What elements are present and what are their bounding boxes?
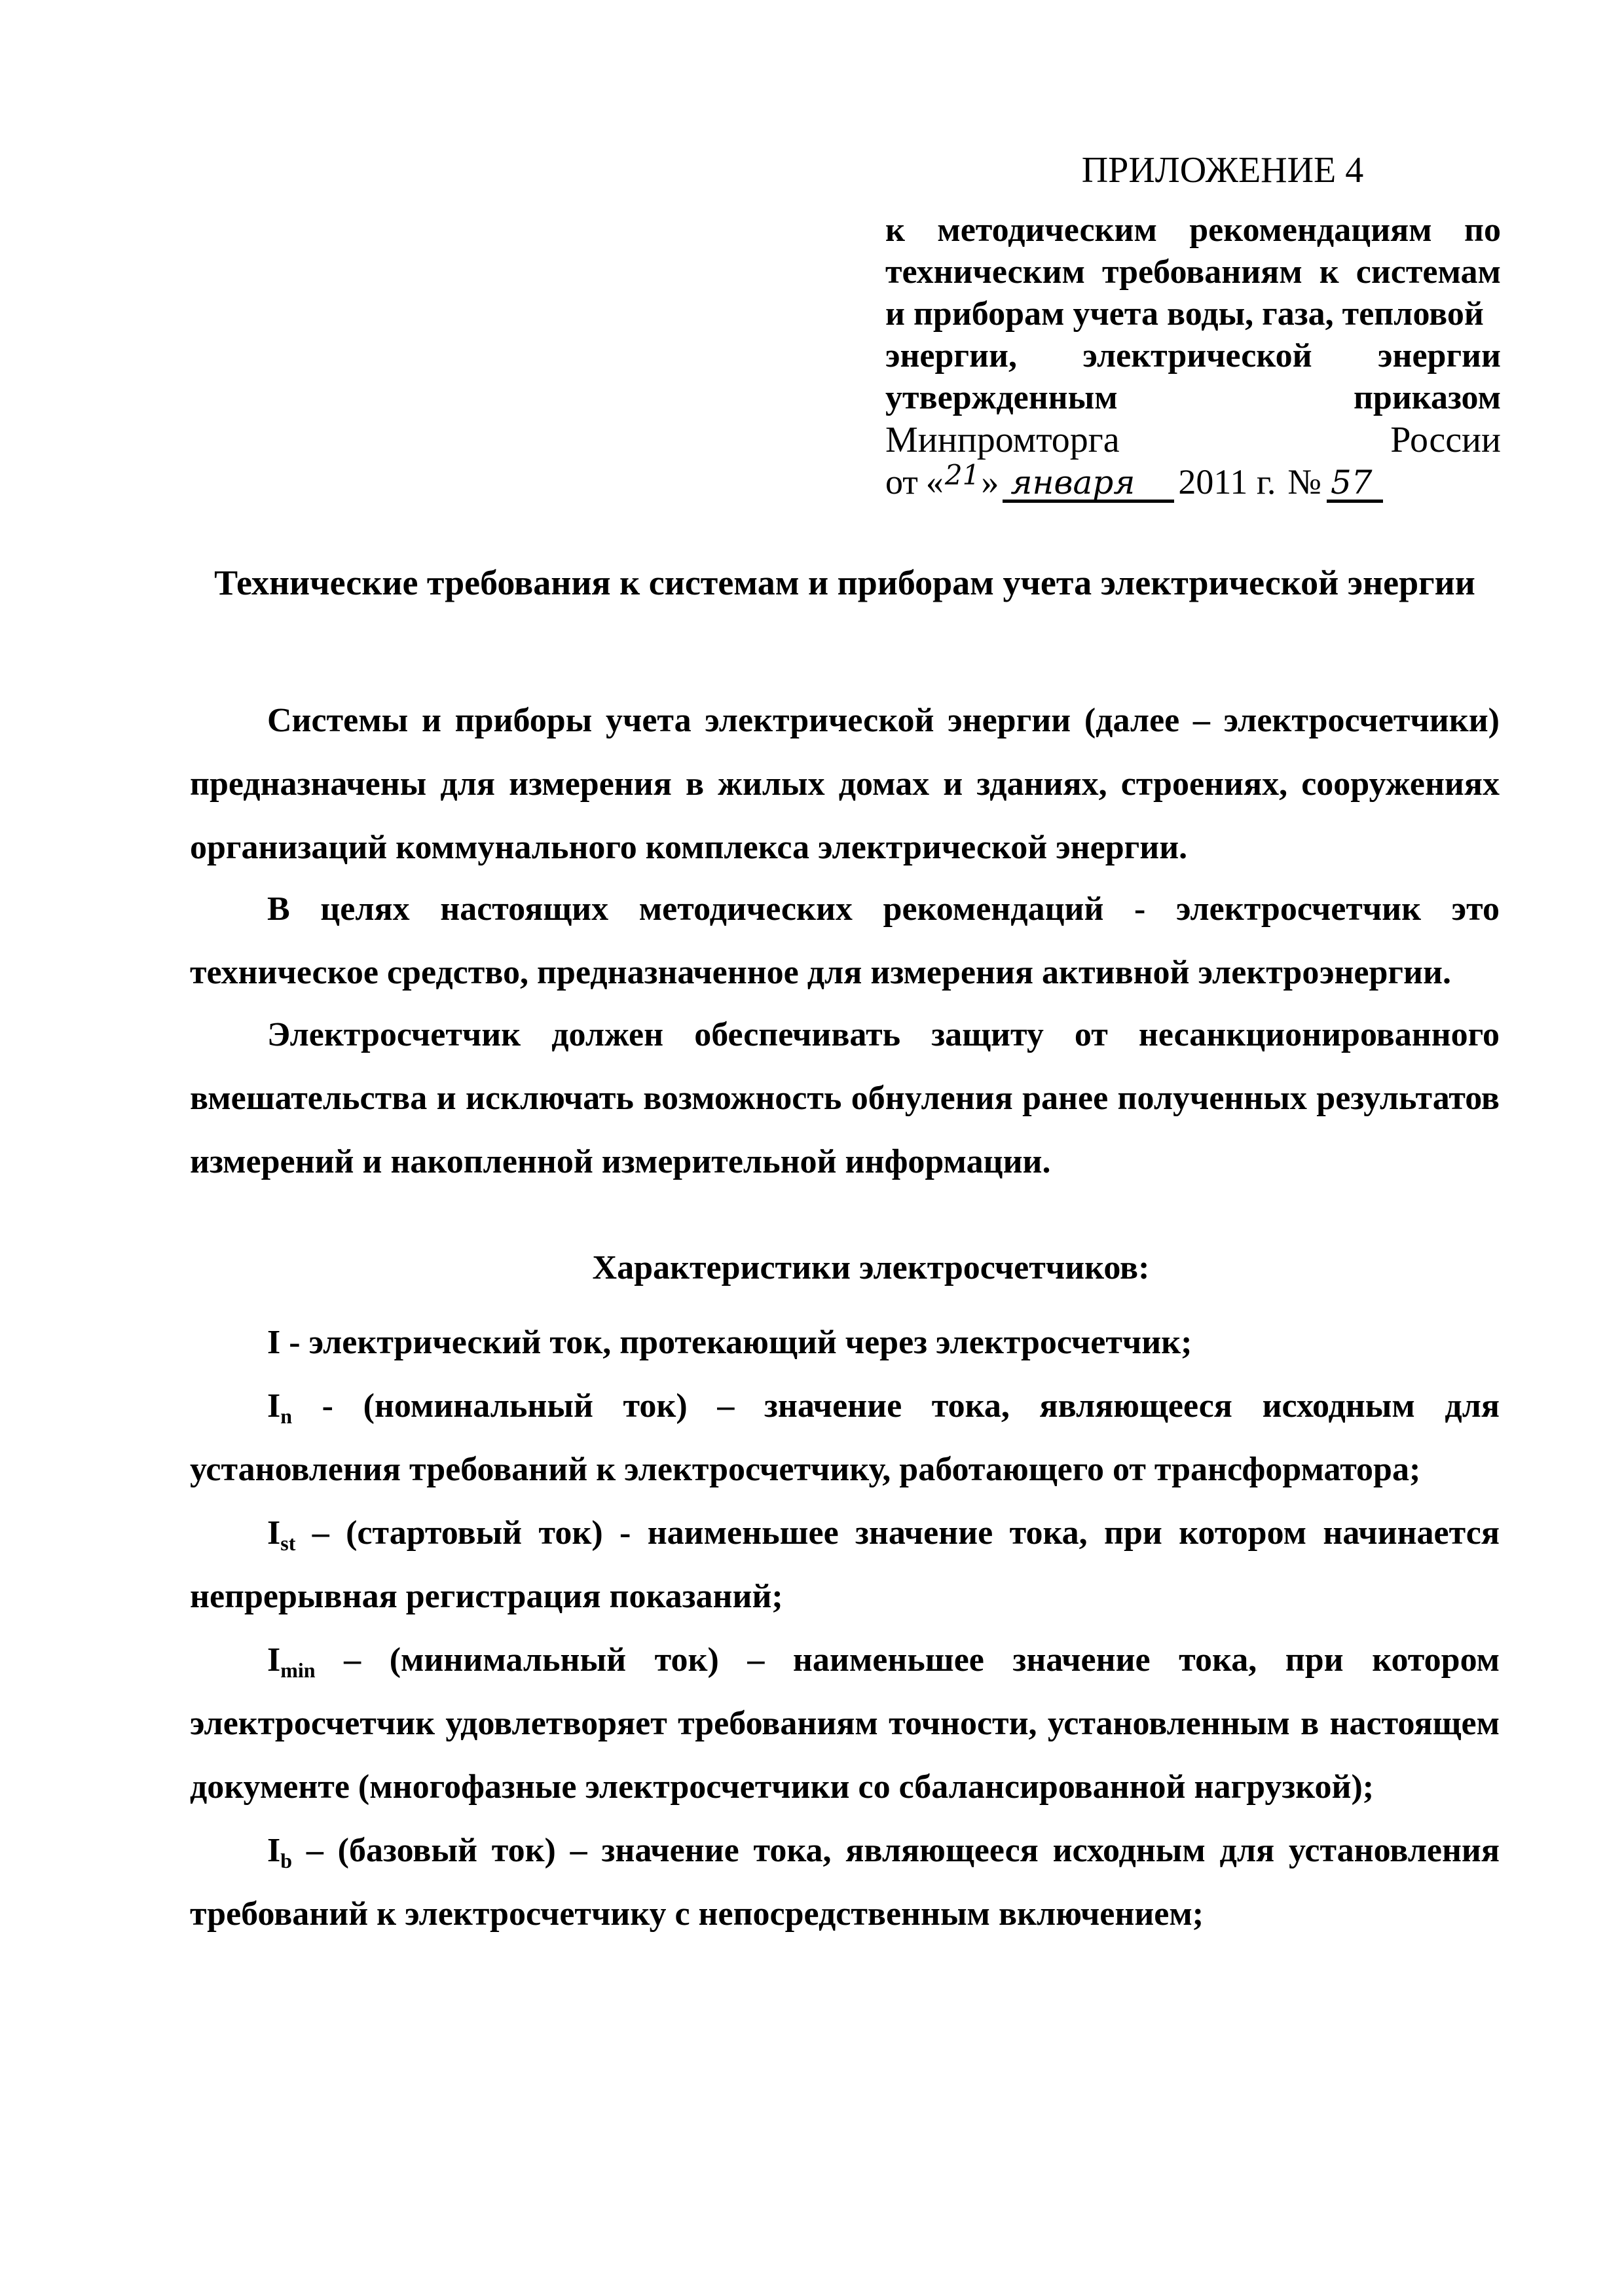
definition-text: – (стартовый ток) - наименьшее значение … bbox=[190, 1514, 1500, 1615]
word: энергии bbox=[1378, 335, 1501, 377]
subscript: b bbox=[280, 1849, 292, 1872]
subscript: min bbox=[280, 1658, 315, 1682]
word: методическим bbox=[937, 210, 1157, 251]
paragraph-3: Электросчетчик должен обеспечивать защит… bbox=[190, 1003, 1500, 1194]
subscript: n bbox=[280, 1404, 292, 1428]
definitions-list: I - электрический ток, протекающий через… bbox=[190, 1311, 1500, 1946]
word: по bbox=[1464, 210, 1501, 251]
word: России bbox=[1390, 419, 1501, 461]
appendix-line-4: энергии, электрической энергии bbox=[885, 335, 1501, 377]
word: Минпромторга bbox=[885, 419, 1120, 461]
definition-text: – (базовый ток) – значение тока, являюще… bbox=[190, 1832, 1500, 1933]
word: рекомендациям bbox=[1189, 210, 1432, 251]
appendix-header: ПРИЛОЖЕНИЕ 4 к методическим рекомендация… bbox=[885, 149, 1501, 507]
definition-current: I - электрический ток, протекающий через… bbox=[190, 1311, 1500, 1374]
order-date-line: от « 21 » января 2011 г. № 57 bbox=[885, 461, 1501, 507]
word: энергии, bbox=[885, 335, 1017, 377]
symbol: I bbox=[267, 1641, 280, 1679]
close-quote: » bbox=[981, 461, 999, 503]
symbol: I bbox=[267, 1832, 280, 1869]
definition-minimum-current: Imin – (минимальный ток) – наименьшее зн… bbox=[190, 1628, 1500, 1819]
word: требованиям bbox=[1102, 251, 1302, 293]
section-heading-characteristics: Характеристики электросчетчиков: bbox=[190, 1247, 1526, 1289]
number-sign: № bbox=[1287, 461, 1321, 503]
appendix-line-1: к методическим рекомендациям по bbox=[885, 210, 1501, 251]
subscript: st bbox=[280, 1531, 295, 1555]
symbol: I bbox=[267, 1514, 280, 1552]
definition-nominal-current: In - (номинальный ток) – значение тока, … bbox=[190, 1374, 1500, 1501]
appendix-line-3: и приборам учета воды, газа, тепловой bbox=[885, 293, 1501, 335]
definition-text: – (минимальный ток) – наименьшее значени… bbox=[190, 1641, 1500, 1806]
appendix-line-2: техническим требованиям к системам bbox=[885, 251, 1501, 293]
appendix-line-5: утвержденным приказом bbox=[885, 377, 1501, 419]
handwritten-month: января bbox=[1003, 465, 1174, 503]
document-title: Технические требования к системам и приб… bbox=[190, 562, 1500, 604]
definition-text: - электрический ток, протекающий через э… bbox=[280, 1324, 1192, 1361]
handwritten-day: 21 bbox=[945, 454, 980, 496]
document-page: ПРИЛОЖЕНИЕ 4 к методическим рекомендация… bbox=[0, 0, 1624, 2296]
word: техническим bbox=[885, 251, 1085, 293]
open-quote: « bbox=[926, 461, 944, 503]
symbol: I bbox=[267, 1324, 280, 1361]
word: утвержденным bbox=[885, 377, 1118, 419]
order-year: 2011 г. bbox=[1178, 461, 1276, 503]
word: электрической bbox=[1082, 335, 1312, 377]
definition-base-current: Ib – (базовый ток) – значение тока, явля… bbox=[190, 1819, 1500, 1946]
definition-starting-current: Ist – (стартовый ток) - наименьшее значе… bbox=[190, 1501, 1500, 1628]
paragraph-1: Системы и приборы учета электрической эн… bbox=[190, 689, 1500, 879]
word: системам bbox=[1356, 251, 1501, 293]
word: приказом bbox=[1354, 377, 1501, 419]
handwritten-order-number: 57 bbox=[1327, 465, 1383, 503]
word: к bbox=[885, 210, 905, 251]
word: к bbox=[1319, 251, 1339, 293]
date-prefix: от bbox=[885, 461, 918, 503]
symbol: I bbox=[267, 1387, 280, 1425]
appendix-title: ПРИЛОЖЕНИЕ 4 bbox=[885, 149, 1501, 191]
paragraph-2: В целях настоящих методических рекоменда… bbox=[190, 877, 1500, 1004]
definition-text: - (номинальный ток) – значение тока, явл… bbox=[190, 1387, 1500, 1488]
